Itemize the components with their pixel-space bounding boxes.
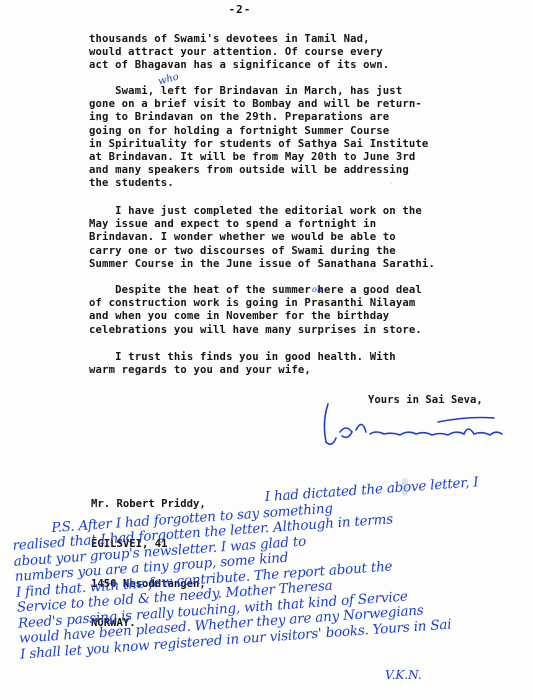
paper-speck: [390, 182, 392, 184]
letter-page: -2- thousands of Swami's devotees in Tam…: [0, 0, 533, 700]
paragraph-1: thousands of Swami's devotees in Tamil N…: [89, 33, 509, 73]
paper-speck: [95, 118, 98, 121]
signature-scribble-icon: [318, 402, 518, 452]
paragraph-4: Despite the heat of the summer here a go…: [89, 284, 509, 337]
page-number: -2-: [0, 3, 480, 16]
paragraph-2: Swami, left for Brindavan in March, has …: [89, 85, 509, 191]
ps-initials: V.K.N.: [385, 668, 422, 682]
handwritten-insertion-on: on: [312, 285, 322, 294]
paragraph-3: I have just completed the editorial work…: [89, 205, 509, 271]
paper-speck: [402, 478, 408, 496]
paragraph-5: I trust this finds you in good health. W…: [89, 351, 509, 377]
signature: V.K. Narasimhan: [318, 402, 518, 452]
handwritten-postscript: I had dictated the above letter, I P.S. …: [10, 472, 533, 663]
